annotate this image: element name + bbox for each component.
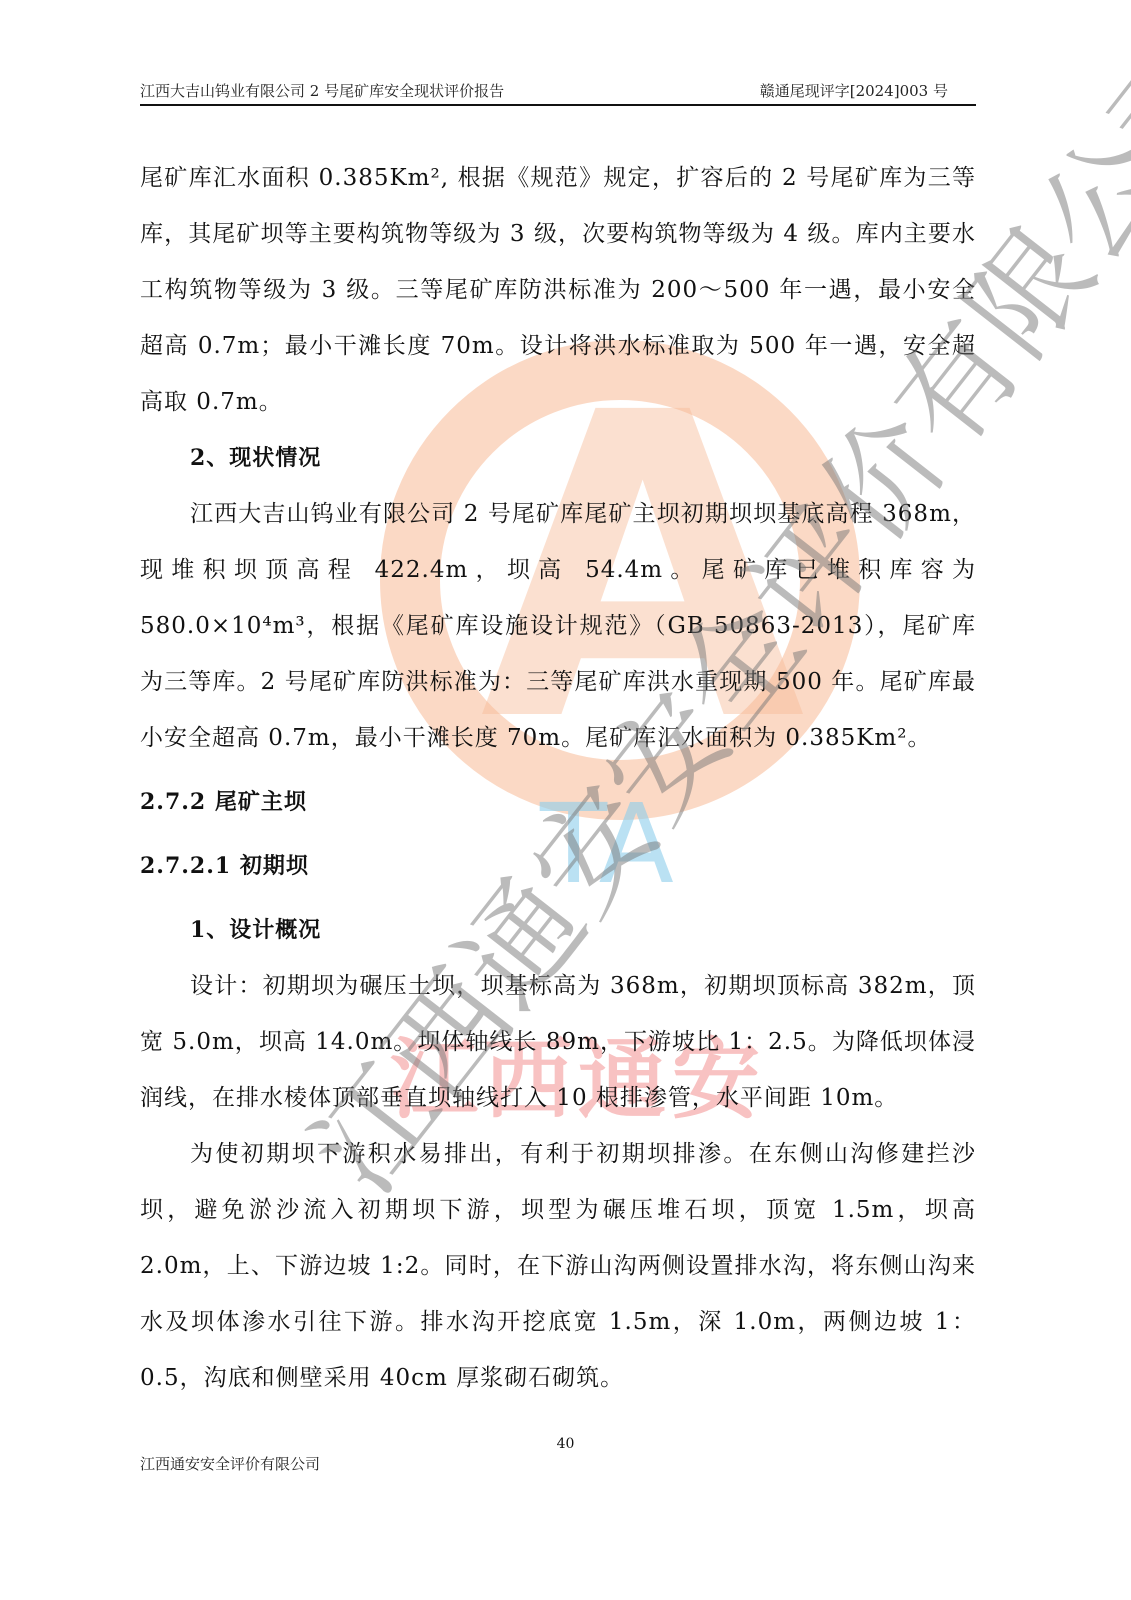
paragraph-design: 设计：初期坝为碾压土坝，坝基标高为 368m，初期坝顶标高 382m，顶宽 5.… — [140, 958, 976, 1126]
heading-current-status: 2、现状情况 — [140, 430, 976, 486]
footer-company: 江西通安安全评价有限公司 — [140, 1453, 320, 1474]
paragraph-drainage: 为使初期坝下游积水易排出，有利于初期坝排渗。在东侧山沟修建拦沙坝，避免淤沙流入初… — [140, 1126, 976, 1406]
paragraph-flood-standard: 尾矿库汇水面积 0.385Km², 根据《规范》规定，扩容后的 2 号尾矿库为三… — [140, 150, 976, 430]
heading-section-2-7-2: 2.7.2 尾矿主坝 — [140, 774, 976, 830]
header-report-title: 江西大吉山钨业有限公司 2 号尾矿库安全现状评价报告 — [140, 80, 504, 101]
heading-section-2-7-2-1: 2.7.2.1 初期坝 — [140, 838, 976, 894]
header-doc-number: 赣通尾现评字[2024]003 号 — [760, 80, 948, 101]
header-divider — [140, 104, 976, 106]
paragraph-current-status: 江西大吉山钨业有限公司 2 号尾矿库尾矿主坝初期坝坝基底高程 368m，现堆积坝… — [140, 486, 976, 766]
heading-design-overview: 1、设计概况 — [140, 902, 976, 958]
document-body: 尾矿库汇水面积 0.385Km², 根据《规范》规定，扩容后的 2 号尾矿库为三… — [140, 150, 976, 1406]
page-header: 江西大吉山钨业有限公司 2 号尾矿库安全现状评价报告 赣通尾现评字[2024]0… — [140, 76, 976, 102]
page-number: 40 — [0, 1436, 1131, 1452]
